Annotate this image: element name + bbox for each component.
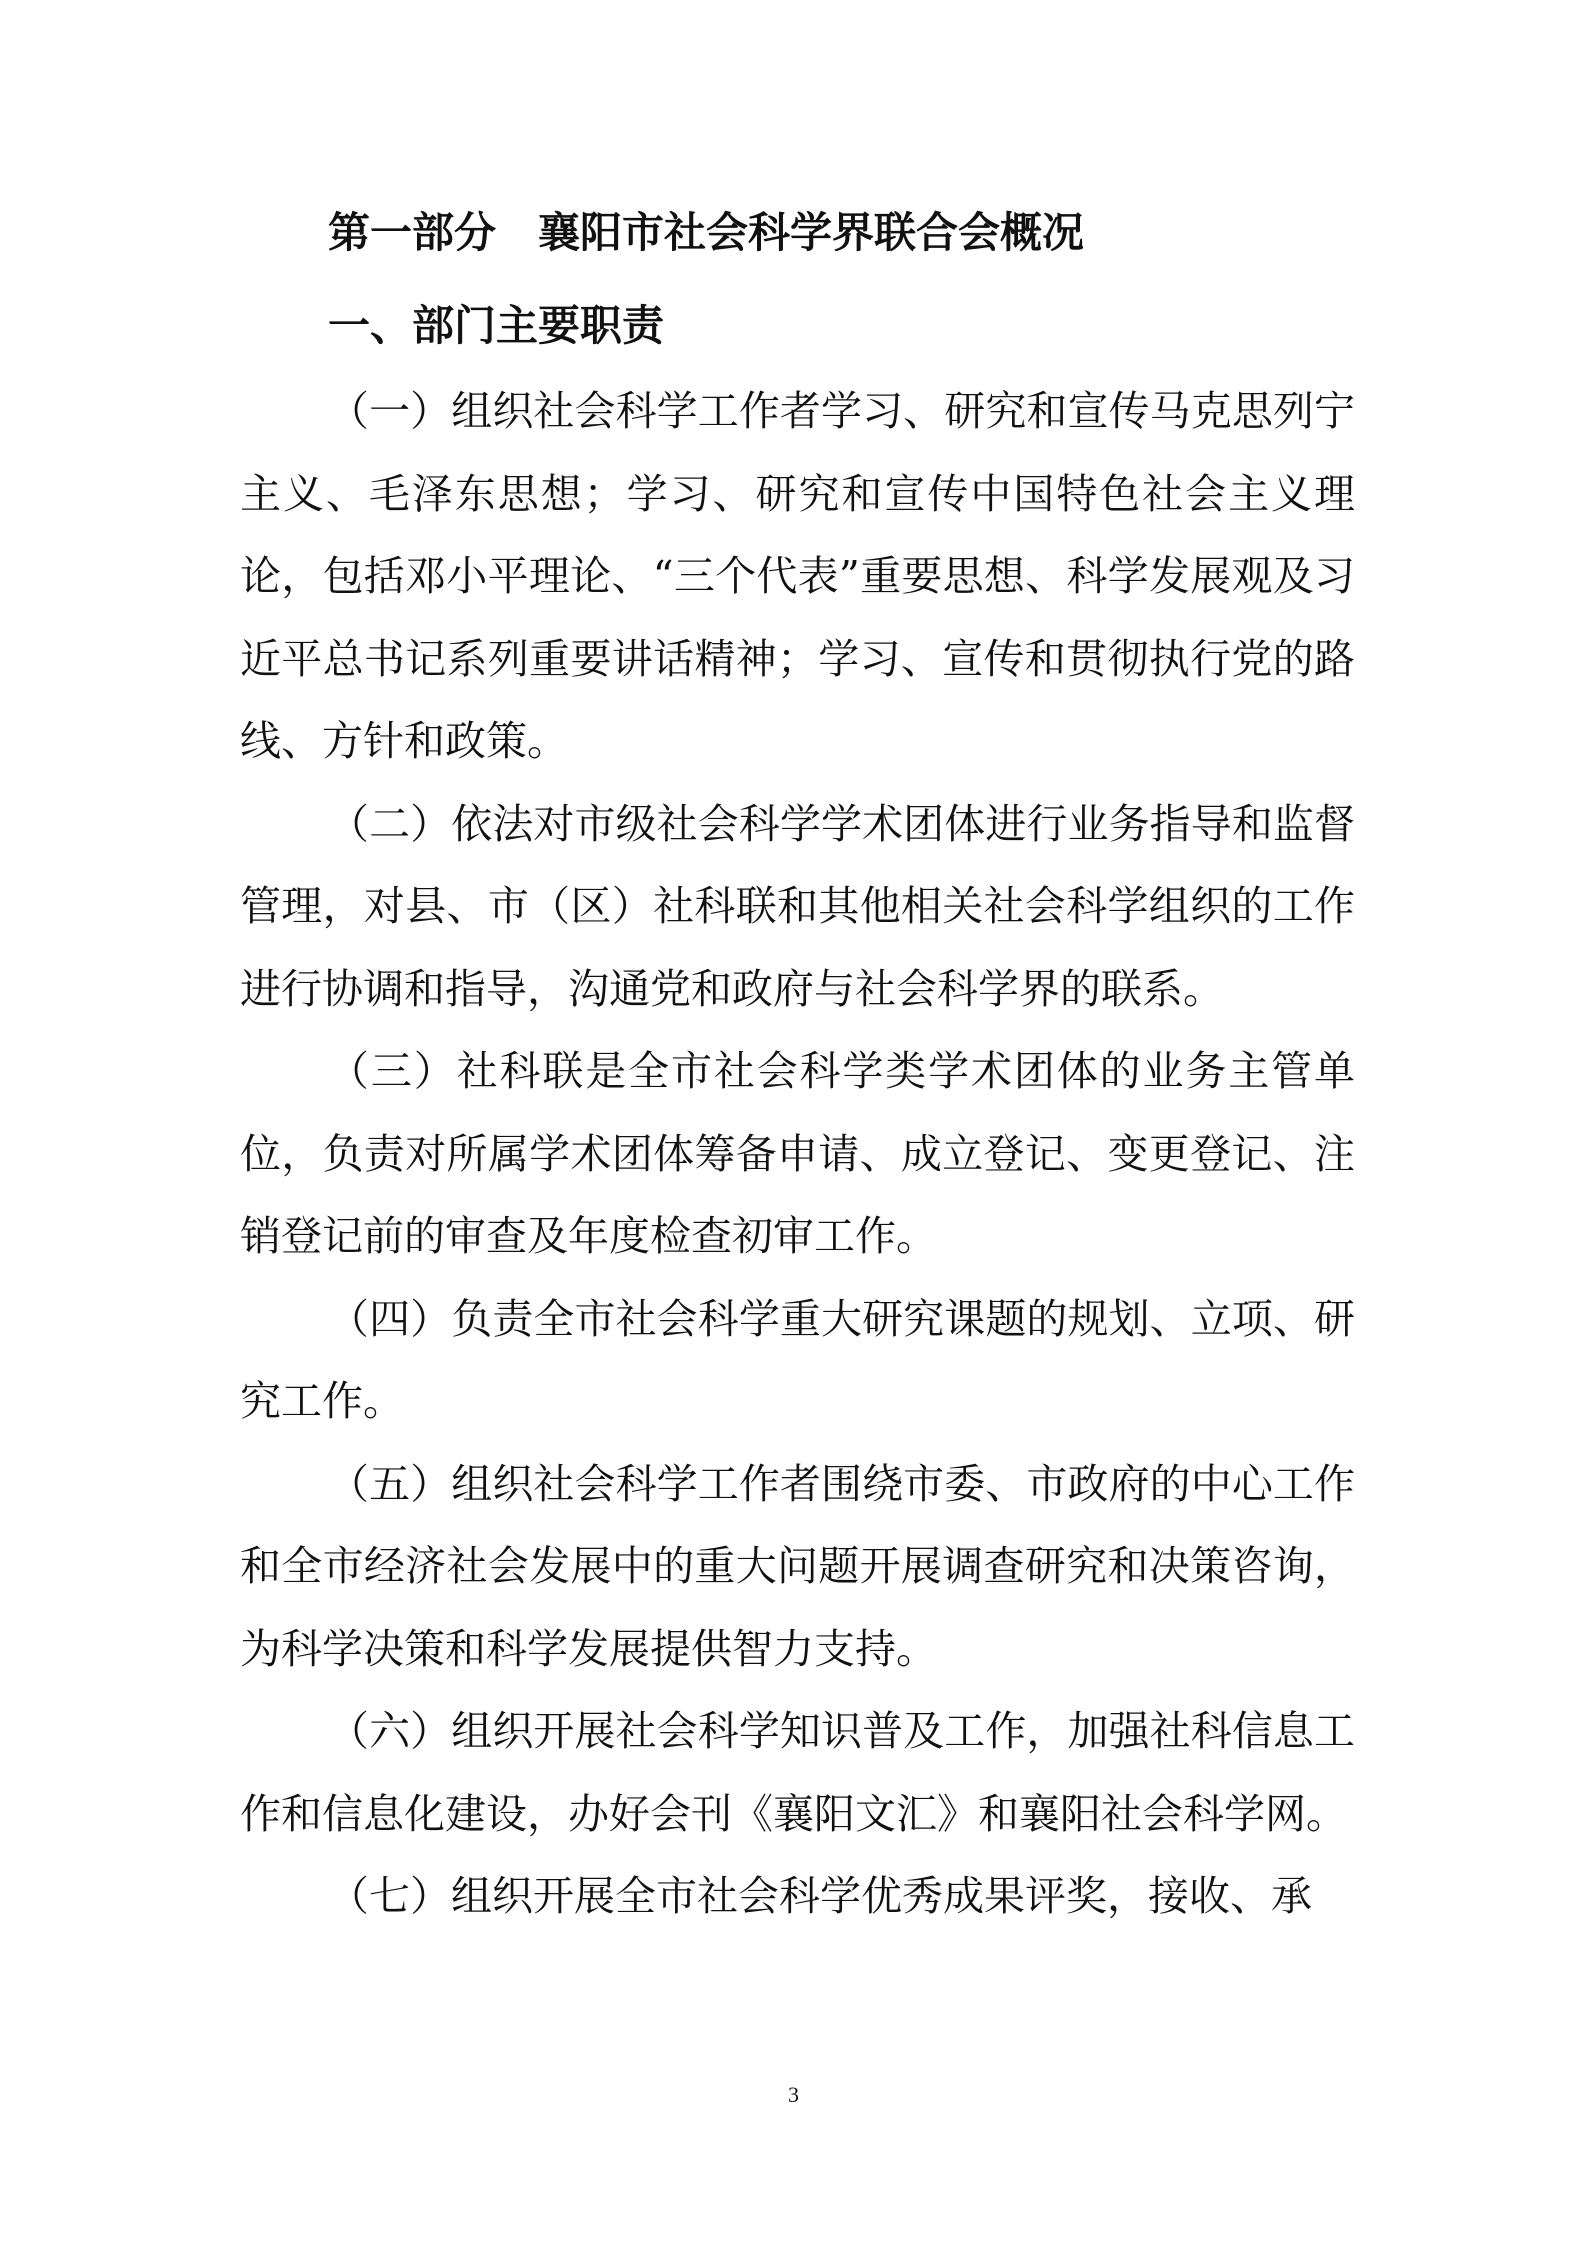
duty-paragraph-4: （四）负责全市社会科学重大研究课题的规划、立项、研究工作。 (240, 1278, 1355, 1443)
part-title: 第一部分 襄阳市社会科学界联合会概况 (328, 205, 1084, 261)
duty-paragraph-5: （五）组织社会科学工作者围绕市委、市政府的中心工作和全市经济社会发展中的重大问题… (240, 1443, 1355, 1691)
duty-paragraph-6: （六）组织开展社会科学知识普及工作，加强社科信息工作和信息化建设，办好会刊《襄阳… (240, 1690, 1355, 1855)
body-text: （一）组织社会科学工作者学习、研究和宣传马克思列宁主义、毛泽东思想；学习、研究和… (240, 370, 1355, 1938)
duty-paragraph-3: （三）社科联是全市社会科学类学术团体的业务主管单位，负责对所属学术团体筹备申请、… (240, 1030, 1355, 1278)
page-number: 3 (0, 2080, 1587, 2110)
section-heading: 一、部门主要职责 (328, 298, 664, 354)
duty-paragraph-7: （七）组织开展全市社会科学优秀成果评奖，接收、承 (240, 1855, 1355, 1938)
document-page: 第一部分 襄阳市社会科学界联合会概况 一、部门主要职责 （一）组织社会科学工作者… (0, 0, 1587, 2245)
duty-paragraph-2: （二）依法对市级社会科学学术团体进行业务指导和监督管理，对县、市（区）社科联和其… (240, 783, 1355, 1031)
duty-paragraph-1: （一）组织社会科学工作者学习、研究和宣传马克思列宁主义、毛泽东思想；学习、研究和… (240, 370, 1355, 783)
